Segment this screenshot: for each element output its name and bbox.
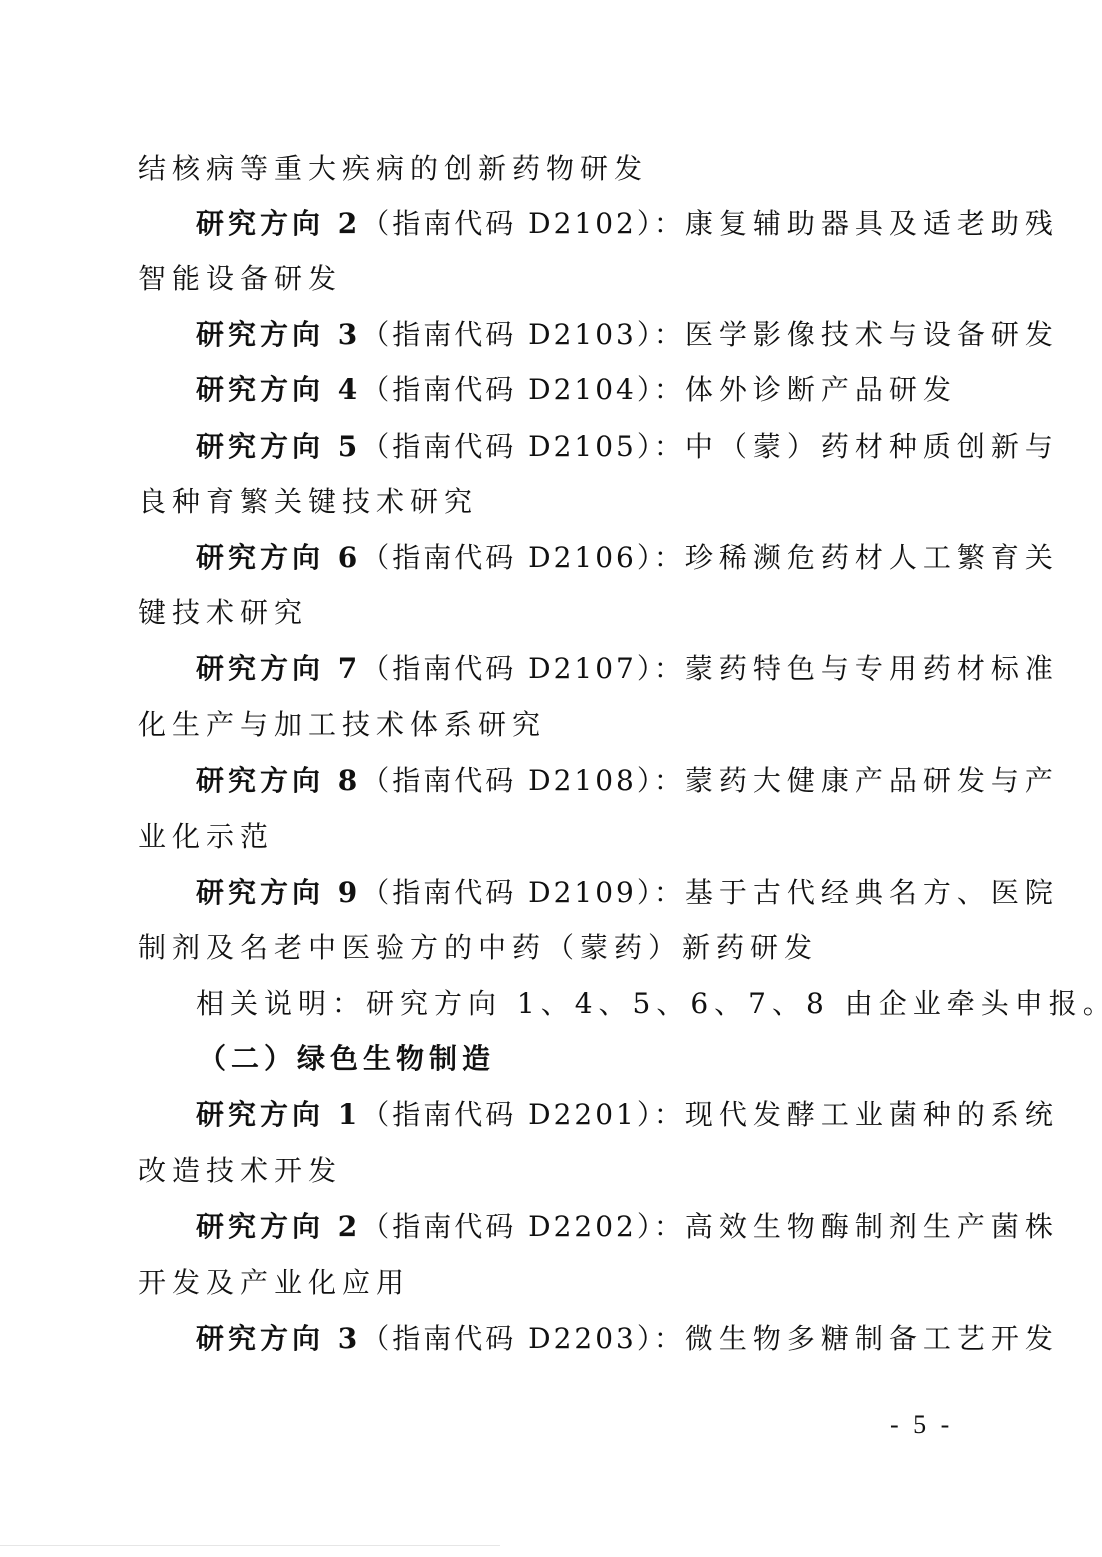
direction-label: 研究方向 3 xyxy=(196,318,361,351)
research-direction-d2105: 研究方向 5（指南代码 D2105）：中（蒙）药材种质创新与 xyxy=(196,430,1059,464)
guide-code: （指南代码 D2107）： xyxy=(361,652,685,685)
guide-code: （指南代码 D2203）： xyxy=(361,1322,685,1355)
section-heading: （二）绿色生物制造 xyxy=(198,1042,495,1076)
direction-title: 高效生物酶制剂生产菌株 xyxy=(685,1210,1059,1243)
guide-code: （指南代码 D2105）： xyxy=(361,430,685,463)
direction-title: 珍稀濒危药材人工繁育关 xyxy=(685,541,1059,574)
line-text: 化生产与加工技术体系研究 xyxy=(138,708,546,741)
direction-title: 现代发酵工业菌种的系统 xyxy=(685,1098,1059,1131)
guide-code: （指南代码 D2202）： xyxy=(361,1210,685,1243)
direction-title: 中（蒙）药材种质创新与 xyxy=(685,430,1059,463)
direction-title: 微生物多糖制备工艺开发 xyxy=(685,1322,1059,1355)
research-direction-d2203: 研究方向 3（指南代码 D2203）：微生物多糖制备工艺开发 xyxy=(196,1322,1059,1356)
direction-label: 研究方向 2 xyxy=(196,1210,361,1243)
guide-code: （指南代码 D2104）： xyxy=(361,373,685,406)
paragraph-line: 智能设备研发 xyxy=(138,262,342,296)
research-direction-d2108: 研究方向 8（指南代码 D2108）：蒙药大健康产品研发与产 xyxy=(196,764,1059,798)
direction-title: 基于古代经典名方、医院 xyxy=(685,876,1059,909)
paragraph-line: 良种育繁关键技术研究 xyxy=(138,485,478,519)
research-direction-d2104: 研究方向 4（指南代码 D2104）：体外诊断产品研发 xyxy=(196,373,957,407)
direction-title: 医学影像技术与设备研发 xyxy=(685,318,1059,351)
page-number: - 5 - xyxy=(890,1410,953,1440)
direction-title: 体外诊断产品研发 xyxy=(685,373,957,406)
direction-title: 蒙药特色与专用药材标准 xyxy=(685,652,1059,685)
guide-code: （指南代码 D2103）： xyxy=(361,318,685,351)
line-text: 制剂及名老中医验方的中药（蒙药）新药研发 xyxy=(138,931,818,964)
direction-title: 康复辅助器具及适老助残 xyxy=(685,207,1059,240)
guide-code: （指南代码 D2201）： xyxy=(361,1098,685,1131)
paragraph-line: 改造技术开发 xyxy=(138,1154,342,1188)
research-direction-d2109: 研究方向 9（指南代码 D2109）：基于古代经典名方、医院 xyxy=(196,876,1059,910)
direction-title: 蒙药大健康产品研发与产 xyxy=(685,764,1059,797)
paragraph-line: 开发及产业化应用 xyxy=(138,1266,410,1300)
direction-label: 研究方向 2 xyxy=(196,207,361,240)
direction-label: 研究方向 5 xyxy=(196,430,361,463)
direction-label: 研究方向 4 xyxy=(196,373,361,406)
guide-code: （指南代码 D2106）： xyxy=(361,541,685,574)
line-text: 结核病等重大疾病的创新药物研发 xyxy=(138,152,648,185)
paragraph-line: 化生产与加工技术体系研究 xyxy=(138,708,546,742)
direction-label: 研究方向 7 xyxy=(196,652,361,685)
research-direction-d2106: 研究方向 6（指南代码 D2106）：珍稀濒危药材人工繁育关 xyxy=(196,541,1059,575)
line-text: 业化示范 xyxy=(138,820,274,853)
research-direction-d2103: 研究方向 3（指南代码 D2103）：医学影像技术与设备研发 xyxy=(196,318,1059,352)
research-direction-d2107: 研究方向 7（指南代码 D2107）：蒙药特色与专用药材标准 xyxy=(196,652,1059,686)
line-text: 开发及产业化应用 xyxy=(138,1266,410,1299)
paragraph-line: 键技术研究 xyxy=(138,596,308,630)
research-direction-d2202: 研究方向 2（指南代码 D2202）：高效生物酶制剂生产菌株 xyxy=(196,1210,1059,1244)
direction-label: 研究方向 1 xyxy=(196,1098,361,1131)
line-text: 键技术研究 xyxy=(138,596,308,629)
line-text: 改造技术开发 xyxy=(138,1154,342,1187)
line-text: 良种育繁关键技术研究 xyxy=(138,485,478,518)
guide-code: （指南代码 D2102）： xyxy=(361,207,685,240)
direction-label: 研究方向 3 xyxy=(196,1322,361,1355)
paragraph-line: 结核病等重大疾病的创新药物研发 xyxy=(138,152,648,186)
heading-text: （二）绿色生物制造 xyxy=(198,1042,495,1075)
related-note: 相关说明：研究方向 1、4、5、6、7、8 由企业牵头申报。 xyxy=(196,987,1102,1021)
note-text: 相关说明：研究方向 1、4、5、6、7、8 由企业牵头申报。 xyxy=(196,987,1102,1020)
paragraph-line: 业化示范 xyxy=(138,820,274,854)
research-direction-d2201: 研究方向 1（指南代码 D2201）：现代发酵工业菌种的系统 xyxy=(196,1098,1059,1132)
scan-artifact-divider xyxy=(0,1545,500,1546)
research-direction-d2102: 研究方向 2（指南代码 D2102）：康复辅助器具及适老助残 xyxy=(196,207,1059,241)
guide-code: （指南代码 D2108）： xyxy=(361,764,685,797)
direction-label: 研究方向 9 xyxy=(196,876,361,909)
line-text: 智能设备研发 xyxy=(138,262,342,295)
direction-label: 研究方向 6 xyxy=(196,541,361,574)
paragraph-line: 制剂及名老中医验方的中药（蒙药）新药研发 xyxy=(138,931,818,965)
guide-code: （指南代码 D2109）： xyxy=(361,876,685,909)
direction-label: 研究方向 8 xyxy=(196,764,361,797)
